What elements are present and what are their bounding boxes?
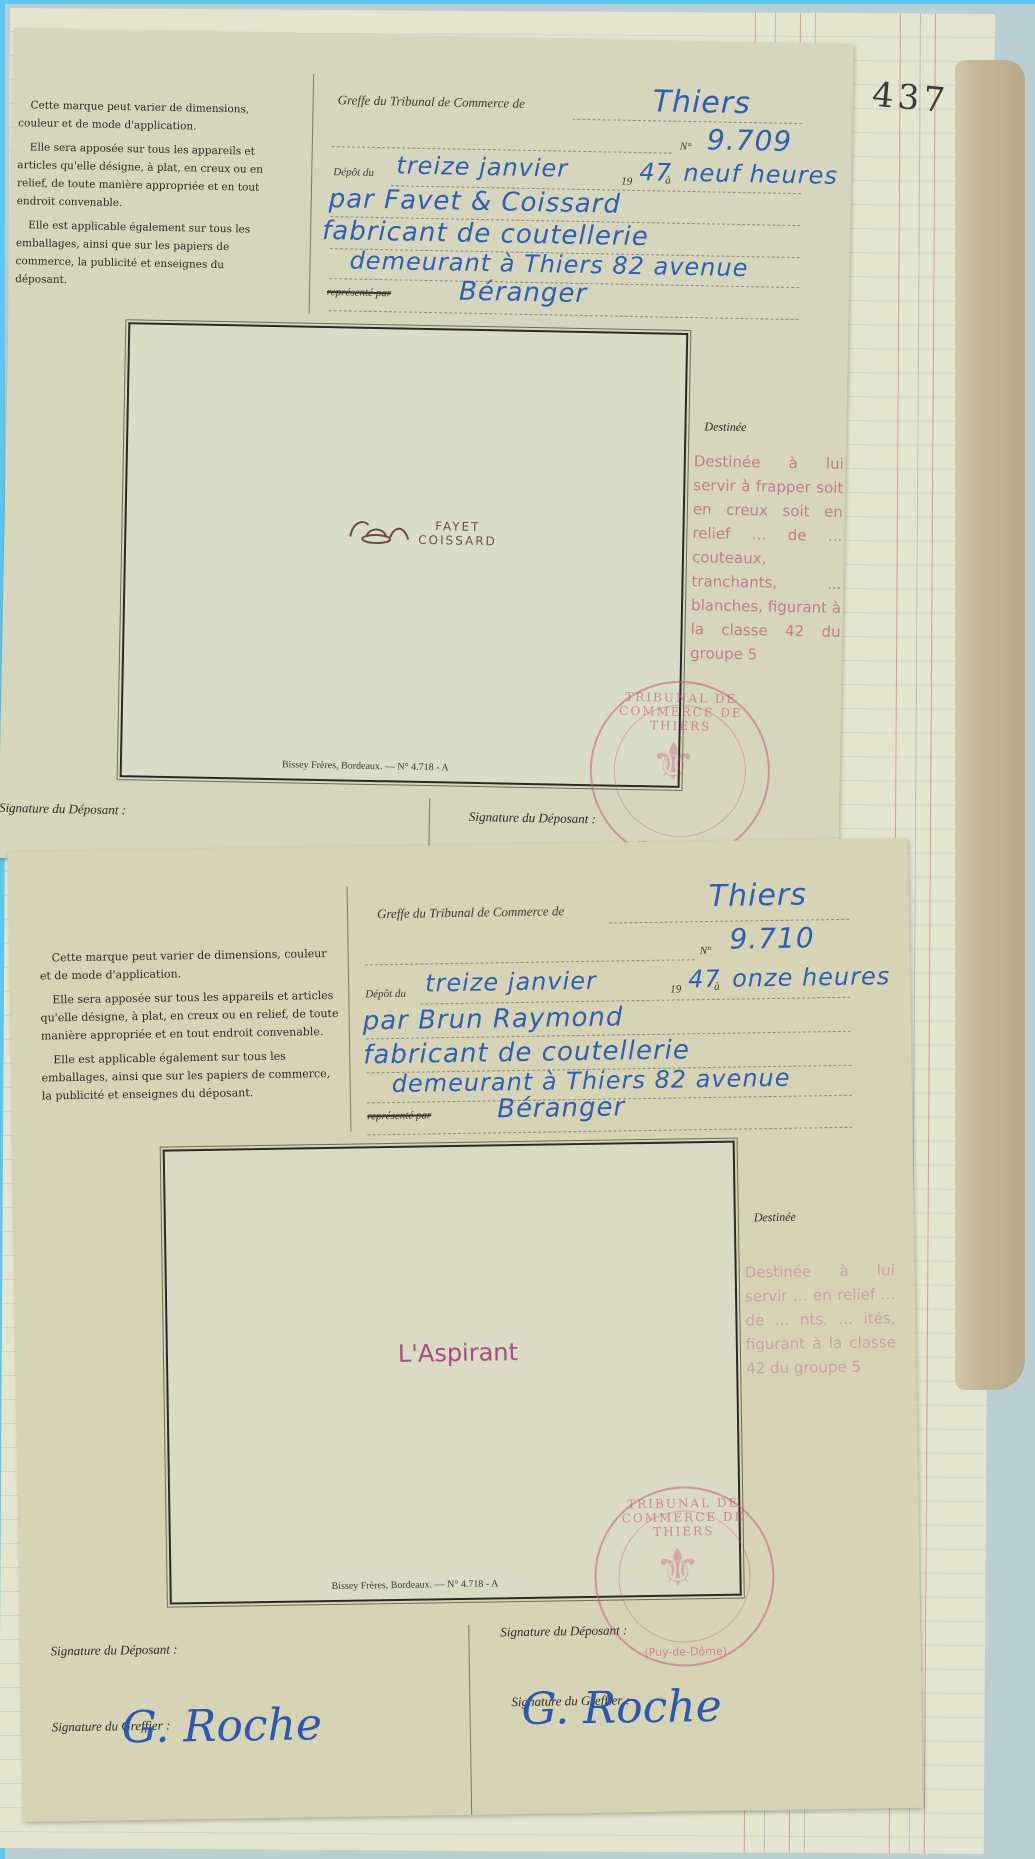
signature-deposant-label-right: Signature du Déposant : xyxy=(469,809,596,827)
signature-divider xyxy=(468,1625,472,1815)
destination-title: Destinée xyxy=(704,419,746,435)
depot-label: Dépôt du xyxy=(365,988,406,1001)
stamp-emblem-icon: ⚜ xyxy=(654,1538,702,1599)
signature-deposant-label: Signature du Déposant : xyxy=(0,800,126,818)
form2-header-divider xyxy=(347,887,352,1132)
form1-address: demeurant à Thiers 82 avenue xyxy=(349,246,748,282)
aspirant-mark: L'Aspirant xyxy=(398,1338,518,1368)
form1-instructions: Cette marque peut varier de dimensions, … xyxy=(15,96,277,299)
represente-label: représenté par xyxy=(327,286,391,299)
form2-tribunal-stamp: TRIBUNAL DE COMMERCE DE THIERS ⚜ (Puy-de… xyxy=(593,1485,776,1668)
form2-instructions: Cette marque peut varier de dimensions, … xyxy=(40,945,343,1112)
printer-line: Bissey Frères, Bordeaux. — N° 4.718 - A xyxy=(282,759,449,773)
time-prefix: à xyxy=(665,175,671,187)
mark-name-line-2: COISSARD xyxy=(418,533,497,549)
form1-header-divider xyxy=(309,74,315,314)
form1-time: neuf heures xyxy=(683,159,838,190)
destination-title: Destinée xyxy=(754,1210,796,1226)
form2-date: treize janvier xyxy=(425,967,597,998)
form2-number: 9.710 xyxy=(729,921,815,955)
deposit-form-2: Cette marque peut varier de dimensions, … xyxy=(8,838,923,1822)
signature-deposant-label: Signature du Déposant : xyxy=(50,1641,177,1659)
stamp-bottom-text: (Puy-de-Dôme) xyxy=(598,1644,774,1660)
greffe-label: Greffe du Tribunal de Commerce de xyxy=(338,92,525,112)
instruction-paragraph: Cette marque peut varier de dimensions, … xyxy=(18,96,277,137)
form1-city: Thiers xyxy=(652,84,751,121)
deposit-form-1: Cette marque peut varier de dimensions, … xyxy=(0,28,854,874)
form1-representative: Béranger xyxy=(459,277,588,309)
depot-label: Dépôt du xyxy=(333,166,374,179)
top-edge xyxy=(0,0,1035,4)
instruction-paragraph: Elle sera apposée sur tous les appareils… xyxy=(17,138,276,215)
form2-depositor: par Brun Raymond xyxy=(362,1002,623,1036)
hat-logo-icon xyxy=(346,516,411,547)
mark-name-line-1: FAYET xyxy=(418,519,497,535)
instruction-paragraph: Elle sera apposée sur tous les appareils… xyxy=(40,987,341,1046)
stamp-ring-text: TRIBUNAL DE COMMERCE DE THIERS xyxy=(593,689,770,734)
form1-tribunal-stamp: TRIBUNAL DE COMMERCE DE THIERS ⚜ (Puy-de… xyxy=(588,679,771,862)
page-number: 437 xyxy=(870,75,950,122)
instruction-paragraph: Elle est applicable également sur tous l… xyxy=(41,1047,342,1106)
form1-number: 9.709 xyxy=(707,123,793,158)
printer-line: Bissey Frères, Bordeaux. — N° 4.718 - A xyxy=(331,1578,498,1592)
numero-label: N° xyxy=(680,141,692,153)
time-prefix: à xyxy=(714,981,720,993)
greffe-label: Greffe du Tribunal de Commerce de xyxy=(377,903,564,922)
greffier-signature-right: G. Roche xyxy=(521,1681,722,1735)
form2-time: onze heures xyxy=(732,962,891,992)
numero-label: N° xyxy=(700,945,712,957)
stamp-emblem-icon: ⚜ xyxy=(649,732,697,793)
form2-destination-text: Destinée à lui servir ... en relief ... … xyxy=(745,1258,897,1380)
form2-city: Thiers xyxy=(709,877,808,914)
instruction-paragraph: Elle est applicable également sur tous l… xyxy=(15,216,274,293)
instruction-paragraph: Cette marque peut varier de dimensions, … xyxy=(40,945,341,986)
form1-destination-text: Destinée à lui servir à frapper soit en … xyxy=(690,449,844,668)
form2-representative: Béranger xyxy=(497,1092,626,1124)
fayet-coissard-mark: FAYET COISSARD xyxy=(346,516,497,549)
year-prefix: 19 xyxy=(670,983,681,995)
represente-label: représenté par xyxy=(367,1109,431,1122)
year-prefix: 19 xyxy=(621,176,632,188)
form1-depositor: par Favet & Coissard xyxy=(328,184,621,220)
form1-date: treize janvier xyxy=(396,151,568,182)
stamp-ring-text: TRIBUNAL DE COMMERCE DE THIERS xyxy=(595,1495,772,1540)
torn-page-edge xyxy=(955,60,1025,1390)
greffier-signature-left: G. Roche xyxy=(121,1699,322,1753)
